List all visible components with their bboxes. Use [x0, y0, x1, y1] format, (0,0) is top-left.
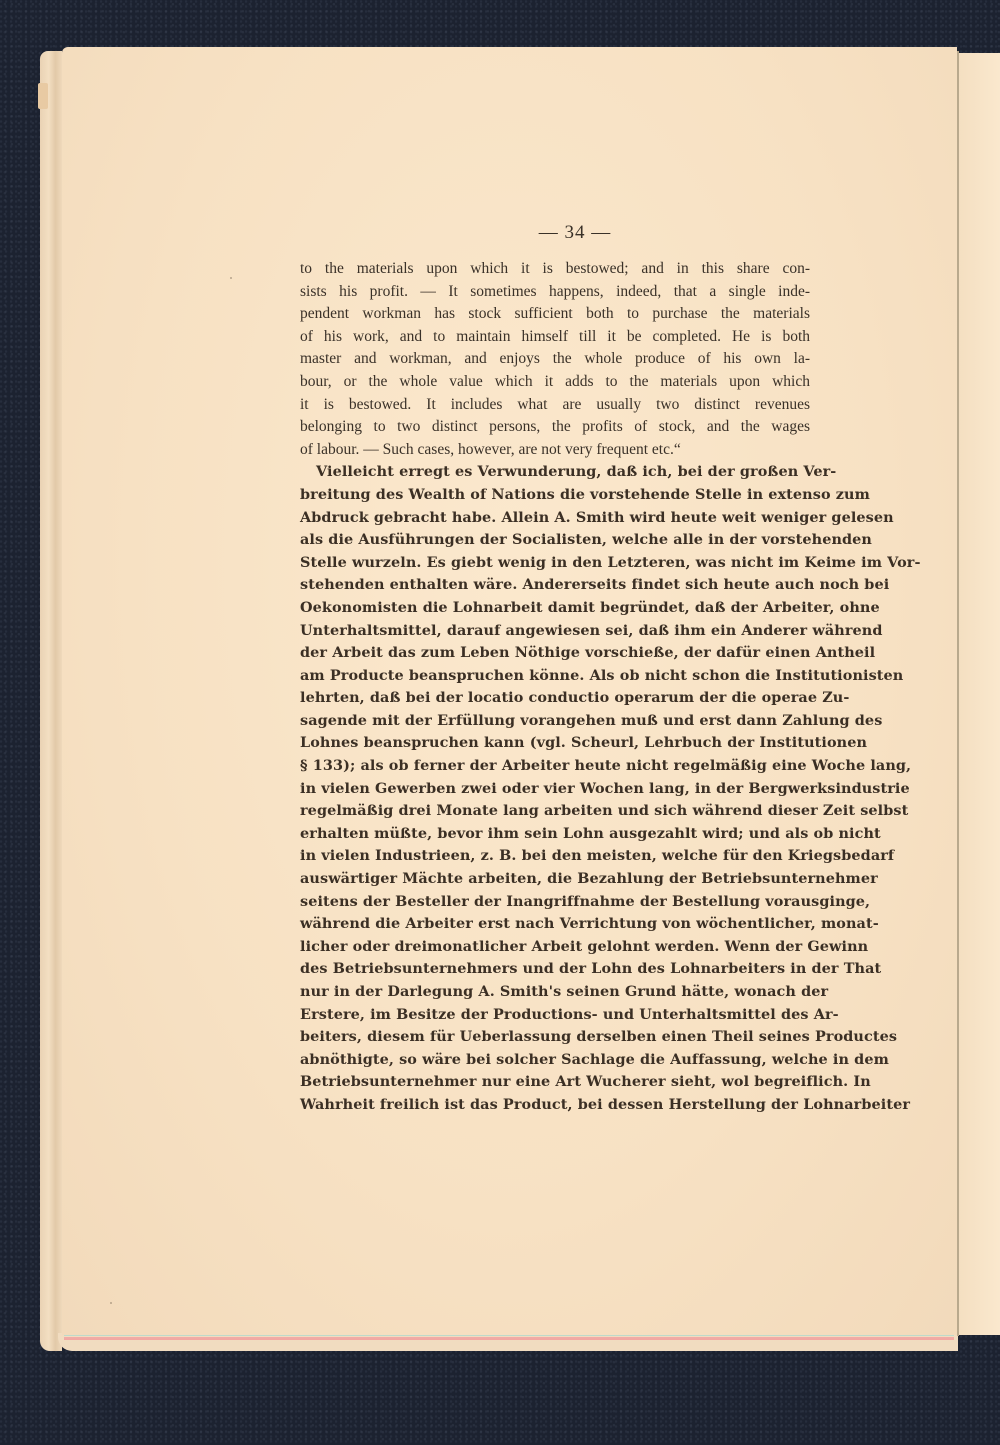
paper-speck [230, 277, 232, 279]
text-line: master and workman, and enjoys the whole… [300, 348, 810, 371]
text-line: während die Arbeiter erst nach Verrichtu… [300, 913, 810, 936]
text-line: Abdruck gebracht habe. Allein A. Smith w… [300, 507, 810, 530]
facing-page-edge [959, 53, 1000, 1335]
text-line: it is bestowed. It includes what are usu… [300, 394, 810, 417]
text-line: pendent workman has stock sufficient bot… [300, 303, 810, 326]
english-quote-paragraph: to the materials upon which it is bestow… [300, 258, 810, 461]
text-line: beiters, diesem für Ueberlassung derselb… [300, 1026, 810, 1049]
text-line: seitens der Besteller der Inangriffnahme… [300, 891, 810, 914]
text-line: am Producte beanspruchen könne. Als ob n… [300, 665, 810, 688]
text-line: Erstere, im Besitze der Productions- und… [300, 1004, 810, 1027]
text-line: der Arbeit das zum Leben Nöthige vorschi… [300, 642, 810, 665]
page-bottom-stripe-red [64, 1337, 954, 1340]
text-line: nur in der Darlegung A. Smith's seinen G… [300, 981, 810, 1004]
text-line: of his work, and to maintain himself til… [300, 326, 810, 349]
text-line: des Betriebsunternehmers und der Lohn de… [300, 958, 810, 981]
text-line: bour, or the whole value which it adds t… [300, 371, 810, 394]
text-line: Oekonomisten die Lohnarbeit damit begrün… [300, 597, 810, 620]
text-line: to the materials upon which it is bestow… [300, 258, 810, 281]
text-line: erhalten müßte, bevor ihm sein Lohn ausg… [300, 823, 810, 846]
text-line: lehrten, daß bei der locatio conductio o… [300, 687, 810, 710]
text-line: Unterhaltsmittel, darauf angewiesen sei,… [300, 620, 810, 643]
text-line: sagende mit der Erfüllung vorangehen muß… [300, 710, 810, 733]
text-line: Stelle wurzeln. Es giebt wenig in den Le… [300, 552, 810, 575]
text-line: in vielen Gewerben zwei oder vier Wochen… [300, 778, 810, 801]
text-line: als die Ausführungen der Socialisten, we… [300, 529, 810, 552]
page-bottom-stripe-green [64, 1335, 954, 1336]
text-line: sists his profit. — It sometimes happens… [300, 281, 810, 304]
text-line: abnöthigte, so wäre bei solcher Sachlage… [300, 1049, 810, 1072]
text-line: of labour. — Such cases, however, are no… [300, 439, 810, 462]
text-line: licher oder dreimonatlicher Arbeit geloh… [300, 936, 810, 959]
page-content: — 34 — to the materials upon which it is… [300, 222, 810, 1117]
text-line: in vielen Industrieen, z. B. bei den mei… [300, 845, 810, 868]
text-line: § 133); als ob ferner der Arbeiter heute… [300, 755, 810, 778]
text-line: Lohnes beanspruchen kann (vgl. Scheurl, … [300, 732, 810, 755]
text-line: Betriebsunternehmer nur eine Art Wuchere… [300, 1071, 810, 1094]
text-line: Vielleicht erregt es Verwunderung, daß i… [300, 461, 810, 484]
paper-speck [110, 1302, 112, 1304]
text-line: belonging to two distinct persons, the p… [300, 416, 810, 439]
page-number: — 34 — [300, 222, 810, 244]
text-line: auswärtiger Mächte arbeiten, die Bezahlu… [300, 868, 810, 891]
german-body-paragraph: Vielleicht erregt es Verwunderung, daß i… [300, 461, 810, 1116]
page-tab-fragment [38, 83, 48, 109]
text-line: breitung des Wealth of Nations die vorst… [300, 484, 810, 507]
text-line: regelmäßig drei Monate lang arbeiten und… [300, 800, 810, 823]
text-line: stehenden enthalten wäre. Andererseits f… [300, 574, 810, 597]
text-line: Wahrheit freilich ist das Product, bei d… [300, 1094, 810, 1117]
page-edge-stack [40, 51, 62, 1351]
